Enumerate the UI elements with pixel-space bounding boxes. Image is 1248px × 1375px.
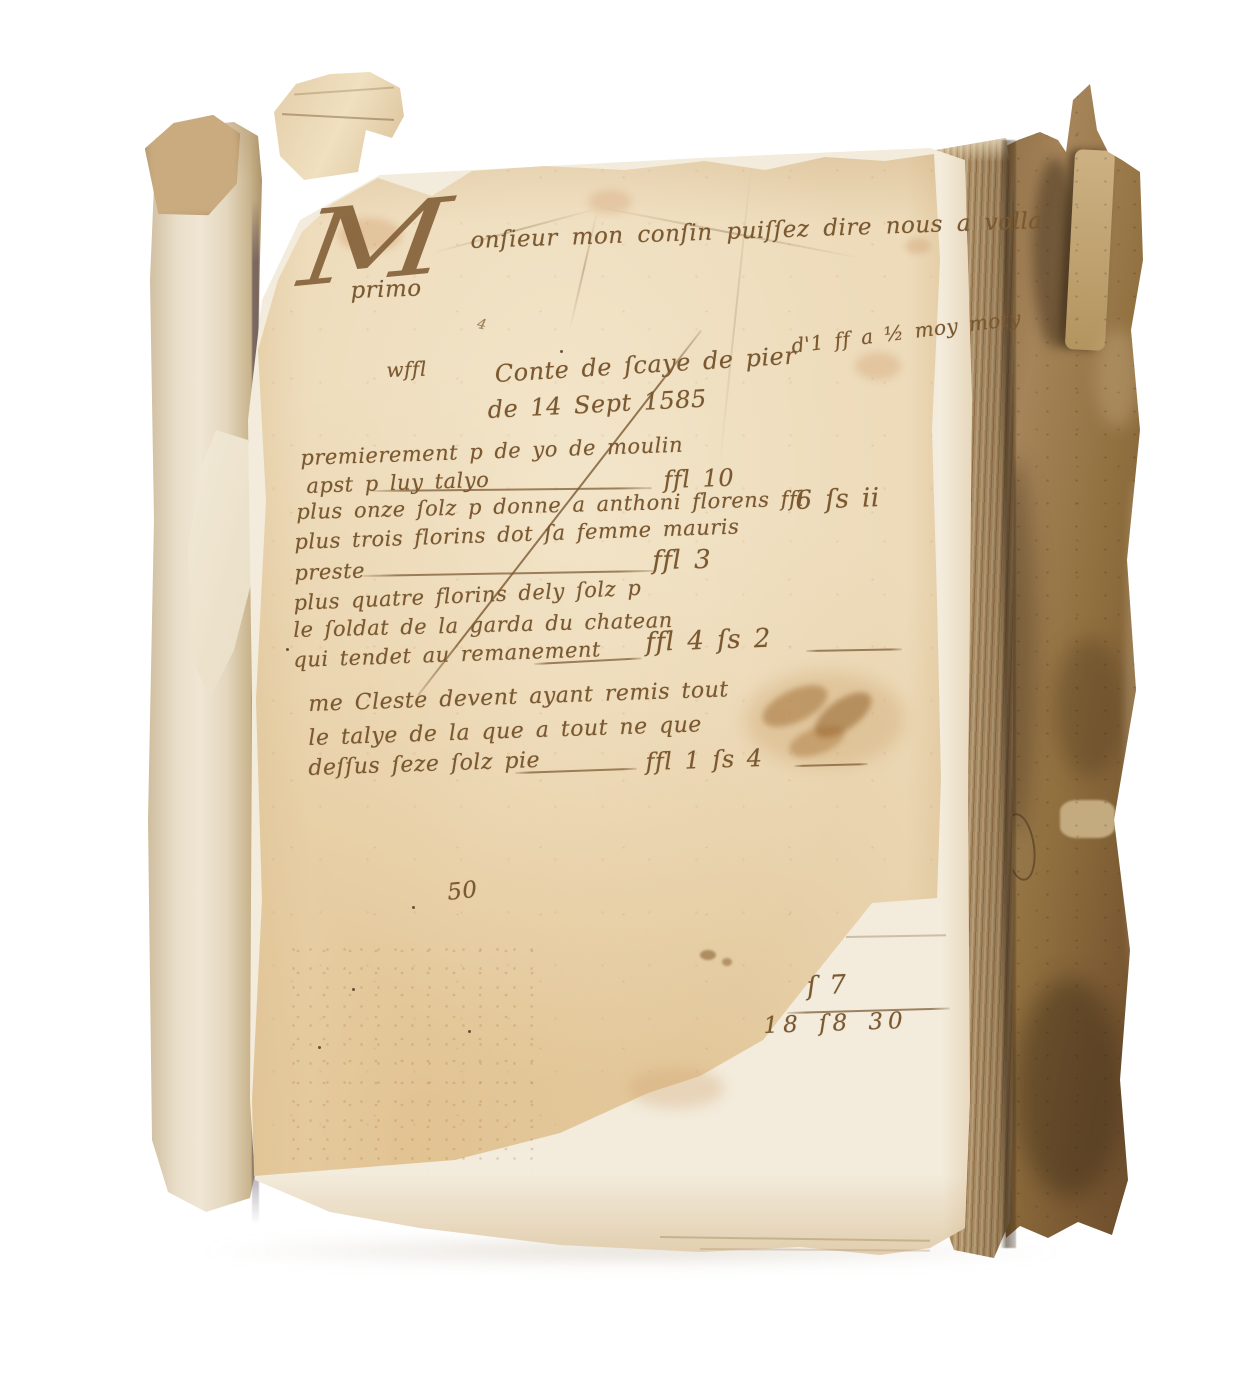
cover-light-patch — [1095, 328, 1140, 428]
account-mark: wffl — [386, 357, 427, 382]
heading-primo: primo — [350, 276, 422, 304]
manuscript-photograph: M onſieur mon conſin puiſſez dire nous a… — [0, 0, 1248, 1375]
foxing-stain — [905, 238, 931, 254]
cover-dark-patch — [1055, 638, 1125, 778]
entry-amount: 6 ſs ii — [795, 483, 880, 516]
total-figure: 18 ſ8 30 — [763, 1008, 908, 1039]
ink-speck — [412, 906, 415, 909]
tab-fold-line — [282, 113, 394, 121]
cover-torn-flap — [1065, 149, 1115, 351]
subtotal-figure: ſ 7 — [806, 970, 847, 1002]
entry-line: preste — [294, 559, 365, 585]
cover-torn-notch — [1060, 800, 1115, 838]
foxing-stain — [628, 1068, 724, 1108]
freckle-cluster — [285, 940, 535, 1170]
ink-speck — [352, 988, 355, 991]
foxing-stain — [855, 352, 901, 380]
cover-dark-patch — [1033, 158, 1077, 348]
ink-speck — [560, 350, 563, 353]
dirt-spot — [722, 958, 732, 966]
cover-light-streak — [1125, 478, 1143, 978]
cover-dark-patch — [1015, 978, 1125, 1198]
page-number: 50 — [446, 877, 479, 906]
torn-top-tab — [274, 72, 404, 182]
dirt-spot — [700, 950, 716, 960]
tab-fold-line — [294, 87, 394, 96]
ink-speck — [468, 1030, 471, 1033]
entry-amount: ffl 3 — [652, 545, 711, 576]
foxing-stain — [588, 190, 632, 214]
entry-amount: ffl 1 ſs 4 — [645, 744, 763, 776]
entry-amount: ffl 4 ſs 2 — [645, 624, 771, 658]
ink-speck — [318, 1046, 321, 1049]
ink-speck — [286, 648, 289, 651]
